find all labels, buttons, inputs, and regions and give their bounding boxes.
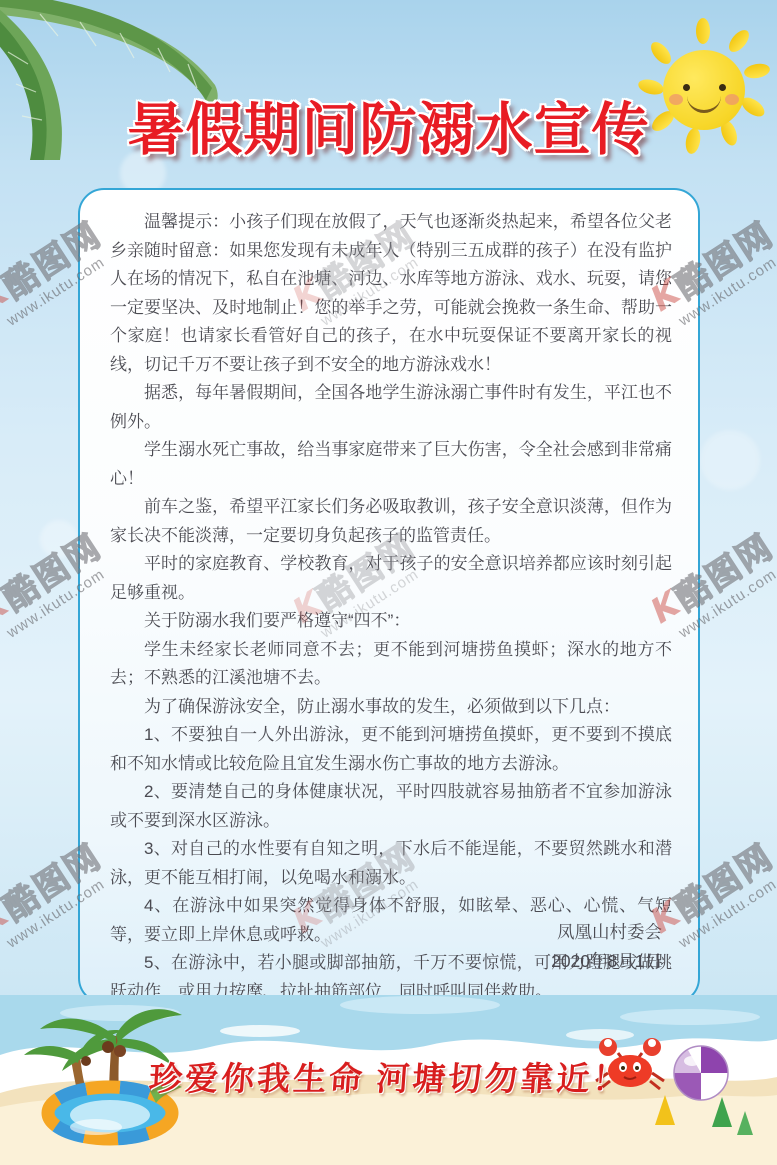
paragraph: 为了确保游泳安全，防止溺水事故的发生，必须做到以下几点： <box>110 693 672 722</box>
content-box: 温馨提示：小孩子们现在放假了，天气也逐渐炎热起来，希望各位父老乡亲随时留意：如果… <box>78 188 700 1004</box>
slogan-text: 珍爱你我生命 河塘切勿靠近！ <box>147 1053 630 1100</box>
paragraph: 1、不要独自一人外出游泳，更不能到河塘捞鱼摸虾，更不要到不摸底和不知水情或比较危… <box>110 721 672 778</box>
watermark-logo-icon: K <box>0 581 11 634</box>
paragraph: 学生溺水死亡事故，给当事家庭带来了巨大伤害，令全社会感到非常痛心！ <box>110 436 672 493</box>
signature-block: 凤凰山村委会 2020年8月1日 <box>551 918 662 976</box>
poster-title: 暑假期间防溺水宣传 <box>0 84 777 166</box>
poster-root: { "poster": { "title": "暑假期间防溺水宣传", "con… <box>0 0 777 1165</box>
signature-date: 2020年8月1日 <box>551 947 662 976</box>
signature-name: 凤凰山村委会 <box>551 918 662 947</box>
paragraph: 前车之鉴，希望平江家长们务必吸取教训，孩子安全意识淡薄，但作为家长决不能淡薄，一… <box>110 493 672 550</box>
watermark-logo-icon: K <box>0 269 11 322</box>
sky-highlight <box>40 520 78 558</box>
paragraph: 3、对自己的水性要有自知之明，下水后不能逞能，不要贸然跳水和潜泳，更不能互相打闹… <box>110 835 672 892</box>
paragraph: 温馨提示：小孩子们现在放假了，天气也逐渐炎热起来，希望各位父老乡亲随时留意：如果… <box>110 208 672 379</box>
beach-ball-icon <box>674 1046 728 1100</box>
paragraph: 2、要清楚自己的身体健康状况，平时四肢就容易抽筋者不宜参加游泳或不要到深水区游泳… <box>110 778 672 835</box>
paragraph: 关于防溺水我们要严格遵守“四不”： <box>110 607 672 636</box>
watermark-logo-icon: K <box>0 891 11 944</box>
paragraph: 平时的家庭教育、学校教育，对于孩子的安全意识培养都应该时刻引起足够重视。 <box>110 550 672 607</box>
paragraph: 学生未经家长老师同意不去；更不能到河塘捞鱼摸虾；深水的地方不去；不熟悉的江溪池塘… <box>110 636 672 693</box>
body-text: 温馨提示：小孩子们现在放假了，天气也逐渐炎热起来，希望各位父老乡亲随时留意：如果… <box>110 208 672 1006</box>
sky-highlight <box>700 430 760 490</box>
paragraph: 据悉，每年暑假期间，全国各地学生游泳溺亡事件时有发生，平江也不例外。 <box>110 379 672 436</box>
